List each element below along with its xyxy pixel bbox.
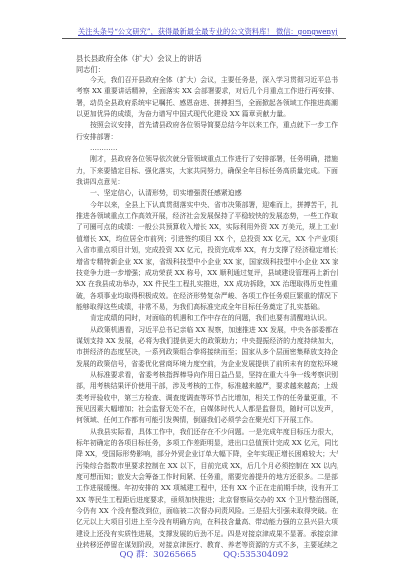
paragraph-line: 按照会议安排，首先请县政府各位领导简要总结今年以来工作，重点就下一步工作进	[76, 120, 338, 131]
header-bar: 关注头条号“公文研究”，获得最新最全最专业的公文资料库！ 微信：gongweny…	[62, 26, 346, 39]
qq-group-label: QQ 群：30265665	[119, 550, 196, 560]
paragraph-line: 入省市重点项目计划，完成投资 XX 亿元，投资完成率 XX，有力支撑了经济稳定增…	[76, 245, 338, 256]
paragraph-line: 考察 XX 重要讲话精神，全面落实 XX 会部署要求，对后几个月重点工作进行再安…	[76, 86, 338, 97]
paragraph-line: 度可想而知；旅发大会筹备工作时间紧、任务重，需要完善提升的地方还很多。二是部分	[76, 472, 338, 483]
paragraph-line: XX 在我县成功举办，XX 件民生工程扎实推进，XX 成功拆除，XX 治理取得历…	[76, 279, 338, 290]
paragraph-line: 谋划支持 XX 发展，必将为我们提供更大的政策助力；中央提振经济的力度持续加大，…	[76, 336, 338, 347]
salutation: 同志们：	[76, 64, 338, 75]
paragraph-line: 了可圈可点的成绩：一般公共预算收入增长 XX，实际利用外资 XX 万美元，规上工…	[76, 222, 338, 233]
paragraph-line: 类考评验收中，第三方检查、调查度调查等环节占比增加，相关工作的任务量更重，不可	[76, 393, 338, 404]
paragraph-line: 行安排部署：	[76, 132, 338, 143]
paragraph-line: 今仍有 XX 个没有整改到位，面临被二次督办问责风险。三是招大引强未取得突破。在…	[76, 506, 338, 517]
paragraph-line: 市拼经济的态度坚决，一系列政策组合拳将接续而至；国家从多个层面密集释放支持企业	[76, 347, 338, 358]
paragraph-line: 我讲四点意见：	[76, 177, 338, 188]
paragraph-line: XX 等民生工程距后进度要求，亟须加快推进；北京督察局交办的 XX 个卫片整治图…	[76, 495, 338, 506]
paragraph-line: 今天，我们召开县政府全体（扩大）会议，主要任务是，深入学习贯彻习近平总书记	[76, 75, 338, 86]
promo-link[interactable]: 关注头条号“公文研究”，获得最新最全最专业的公文资料库！ 微信：gongweny…	[78, 27, 338, 37]
qq-label: QQ:535304092	[223, 550, 288, 560]
paragraph-line: 从标准要求看，省委考核指挥棒导向作用日益凸显，坚持在重大斗争一线考察识别干	[76, 370, 338, 381]
paragraph-line: 预见因素大幅增加；社会监督无处不在，自媒体时代人人都是监督员，随时可以发声，任	[76, 404, 338, 415]
footer-contact: QQ 群：30265665 QQ:535304092	[0, 548, 408, 560]
section-heading: 一、坚定信心，认清形势，切实增强责任感紧迫感	[76, 188, 338, 199]
paragraph-line: 增省专精特新企业 XX 家，省级科技型中小企业 XX 家，国家级科技型中小企业 …	[76, 257, 338, 268]
paragraph-line: 从我县实际看，具体工作中，我们还存在不少问题。一是完成年度目标压力很大，对	[76, 427, 338, 438]
paragraph-line: 肯定成绩的同时，对面临的机遇和工作中存在的问题，我们也要有清醒地认识。	[76, 313, 338, 324]
paragraph-line: 建设上还没有实质性进展，支撑发展的后劲不足。四是对接京津成果不显著。承接京津产	[76, 529, 338, 540]
paragraph-line: 推进各领域重点工作高效开展，经济社会发展保持了平稳较快的发展态势，一些工作取得	[76, 211, 338, 222]
paragraph-line: 污染综合指数市里要求控制在 XX 以下，目前完成 XX，后几个月必须控制在 XX…	[76, 461, 338, 472]
document-title: 县长县政府全体（扩大）会议上的讲话	[76, 53, 338, 64]
document-body: 今天，我们召开县政府全体（扩大）会议，主要任务是，深入学习贯彻习近平总书记考察 …	[76, 75, 338, 551]
paragraph-line: 刚才，县政府各位领导依次就分管领域重点工作进行了安排部署，任务明确，措施有	[76, 154, 338, 165]
paragraph-line: 降 XX，受国际形势影响，部分外贸企业订单大幅下降，全年实现正增长困难较大；大气	[76, 449, 338, 460]
paragraph-line: 亿元以上大项目引进上至今没有明确方向，在科技含量高、带动能力强的立县兴县大项目	[76, 517, 338, 528]
document-page: 县长县政府全体（扩大）会议上的讲话 同志们： 今天，我们召开县政府全体（扩大）会…	[76, 53, 338, 551]
paragraph-line: 发展的政策信号，省委优化营商环境力度空前，为企业发展提供了前所未有的宽松环境。	[76, 359, 338, 370]
paragraph-line: 值增长 XX，均位居全市前列；引进签约项目 XX 个，总投资 XX 亿元，XX …	[76, 234, 338, 245]
paragraph-line: 力，下来要锚定目标、强化落实，大家共同努力，确保全年目标任务高质量完成。下面，	[76, 166, 338, 177]
paragraph-line: 标年初确定的各项目标任务，多项工作差距明显，进出口总值预计完成 XX 亿元，同比…	[76, 438, 338, 449]
paragraph-line: 能够取得这些成绩，非常不易，为我们高标准完成全年目标任务奠定了扎实基础。	[76, 302, 338, 313]
paragraph-line: 何领域、任何工作都有可能引发舆情，倒逼我们必须学会在聚光灯下开展工作。	[76, 415, 338, 426]
paragraph-line: 部，用考核结果评价使用干部，涉及考核的工作，标准越来越严，要求越来越高；上级各	[76, 381, 338, 392]
paragraph-line: 工作进展缓慢。年初安排的 XX 项城建工程中，还有 XX 个正在走前期手续，没有…	[76, 483, 338, 494]
paragraph-line: 署，动员全县政府系统牢记嘱托、感恩奋进、拼搏担当，全面掀起各领域工作推进高潮，	[76, 98, 338, 109]
paragraph-line: 从政策机遇看，习近平总书记亲临 XX 视察，加速推进 XX 发展，中央各部委都在…	[76, 325, 338, 336]
paragraph-line: 技竞争力进一步增强；成功荣获 XX 称号，XX 顺利通过复评，县域建设管理再上新…	[76, 268, 338, 279]
paragraph-line: 以更加优异的成绩，为奋力谱写中国式现代化建设 XX 篇章贡献力量。	[76, 109, 338, 120]
paragraph-line: 破，各项事业均取得积极成效。在经济形势复杂严峻、各项工作任务艰巨繁重的情况下，	[76, 291, 338, 302]
paragraph-line: 今年以来，全县上下认真贯彻落实中央、省市决策部署，迎难而上，拼搏苦干，扎实	[76, 200, 338, 211]
paragraph-line: …………	[76, 143, 338, 154]
